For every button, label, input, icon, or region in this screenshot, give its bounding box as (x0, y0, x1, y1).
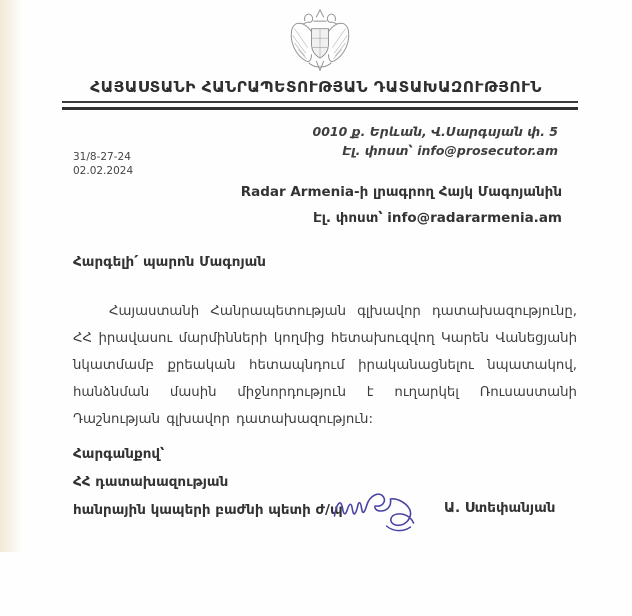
scanned-letter-page: ՀԱՅԱՍՏԱՆԻ ՀԱՆՐԱՊԵՏՈՒԹՅԱՆ ԴԱՏԱԽԱԶՈՒԹՅՈՒՆ … (0, 0, 632, 616)
handwritten-signature (330, 482, 436, 534)
reference-number: 31/8-27-24 (73, 150, 133, 164)
addressee-block: Radar Armenia-ի լրագրող Հայկ Մագոյանին Է… (241, 179, 562, 231)
closing-org: ՀՀ դատախազության (73, 468, 343, 496)
reference-date: 02.02.2024 (73, 164, 133, 178)
salutation: Հարգելի՛ պարոն Մագոյան (73, 254, 266, 270)
closing-position: հանրային կապերի բաժնի պետի ժ/պ (73, 496, 343, 524)
sender-email-line: Էլ. փոստ՝ info@prosecutor.am (313, 141, 559, 160)
closing-respectfully: Հարգանքով՝ (73, 440, 343, 468)
letter-body-paragraph: Հայաստանի Հանրապետության գլխավոր դատախազ… (73, 298, 577, 433)
reference-block: 31/8-27-24 02.02.2024 (73, 150, 133, 178)
armenia-coat-of-arms-icon (281, 6, 359, 76)
letterhead-double-rule (62, 101, 578, 110)
addressee-name-line: Radar Armenia-ի լրագրող Հայկ Մագոյանին (241, 179, 562, 205)
signer-name: Ա. Ստեփանյան (444, 500, 555, 516)
closing-block: Հարգանքով՝ ՀՀ դատախազության հանրային կապ… (73, 440, 343, 524)
sender-address-block: 0010 ք. Երևան, Վ.Սարգսյան փ. 5 Էլ. փոստ՝… (313, 122, 559, 160)
sender-address-line: 0010 ք. Երևան, Վ.Սարգսյան փ. 5 (313, 122, 559, 141)
addressee-email-line: Էլ. փոստ՝ info@radararmenia.am (241, 205, 562, 231)
letterhead-title: ՀԱՅԱՍՏԱՆԻ ՀԱՆՐԱՊԵՏՈՒԹՅԱՆ ԴԱՏԱԽԱԶՈՒԹՅՈՒՆ (0, 78, 632, 96)
